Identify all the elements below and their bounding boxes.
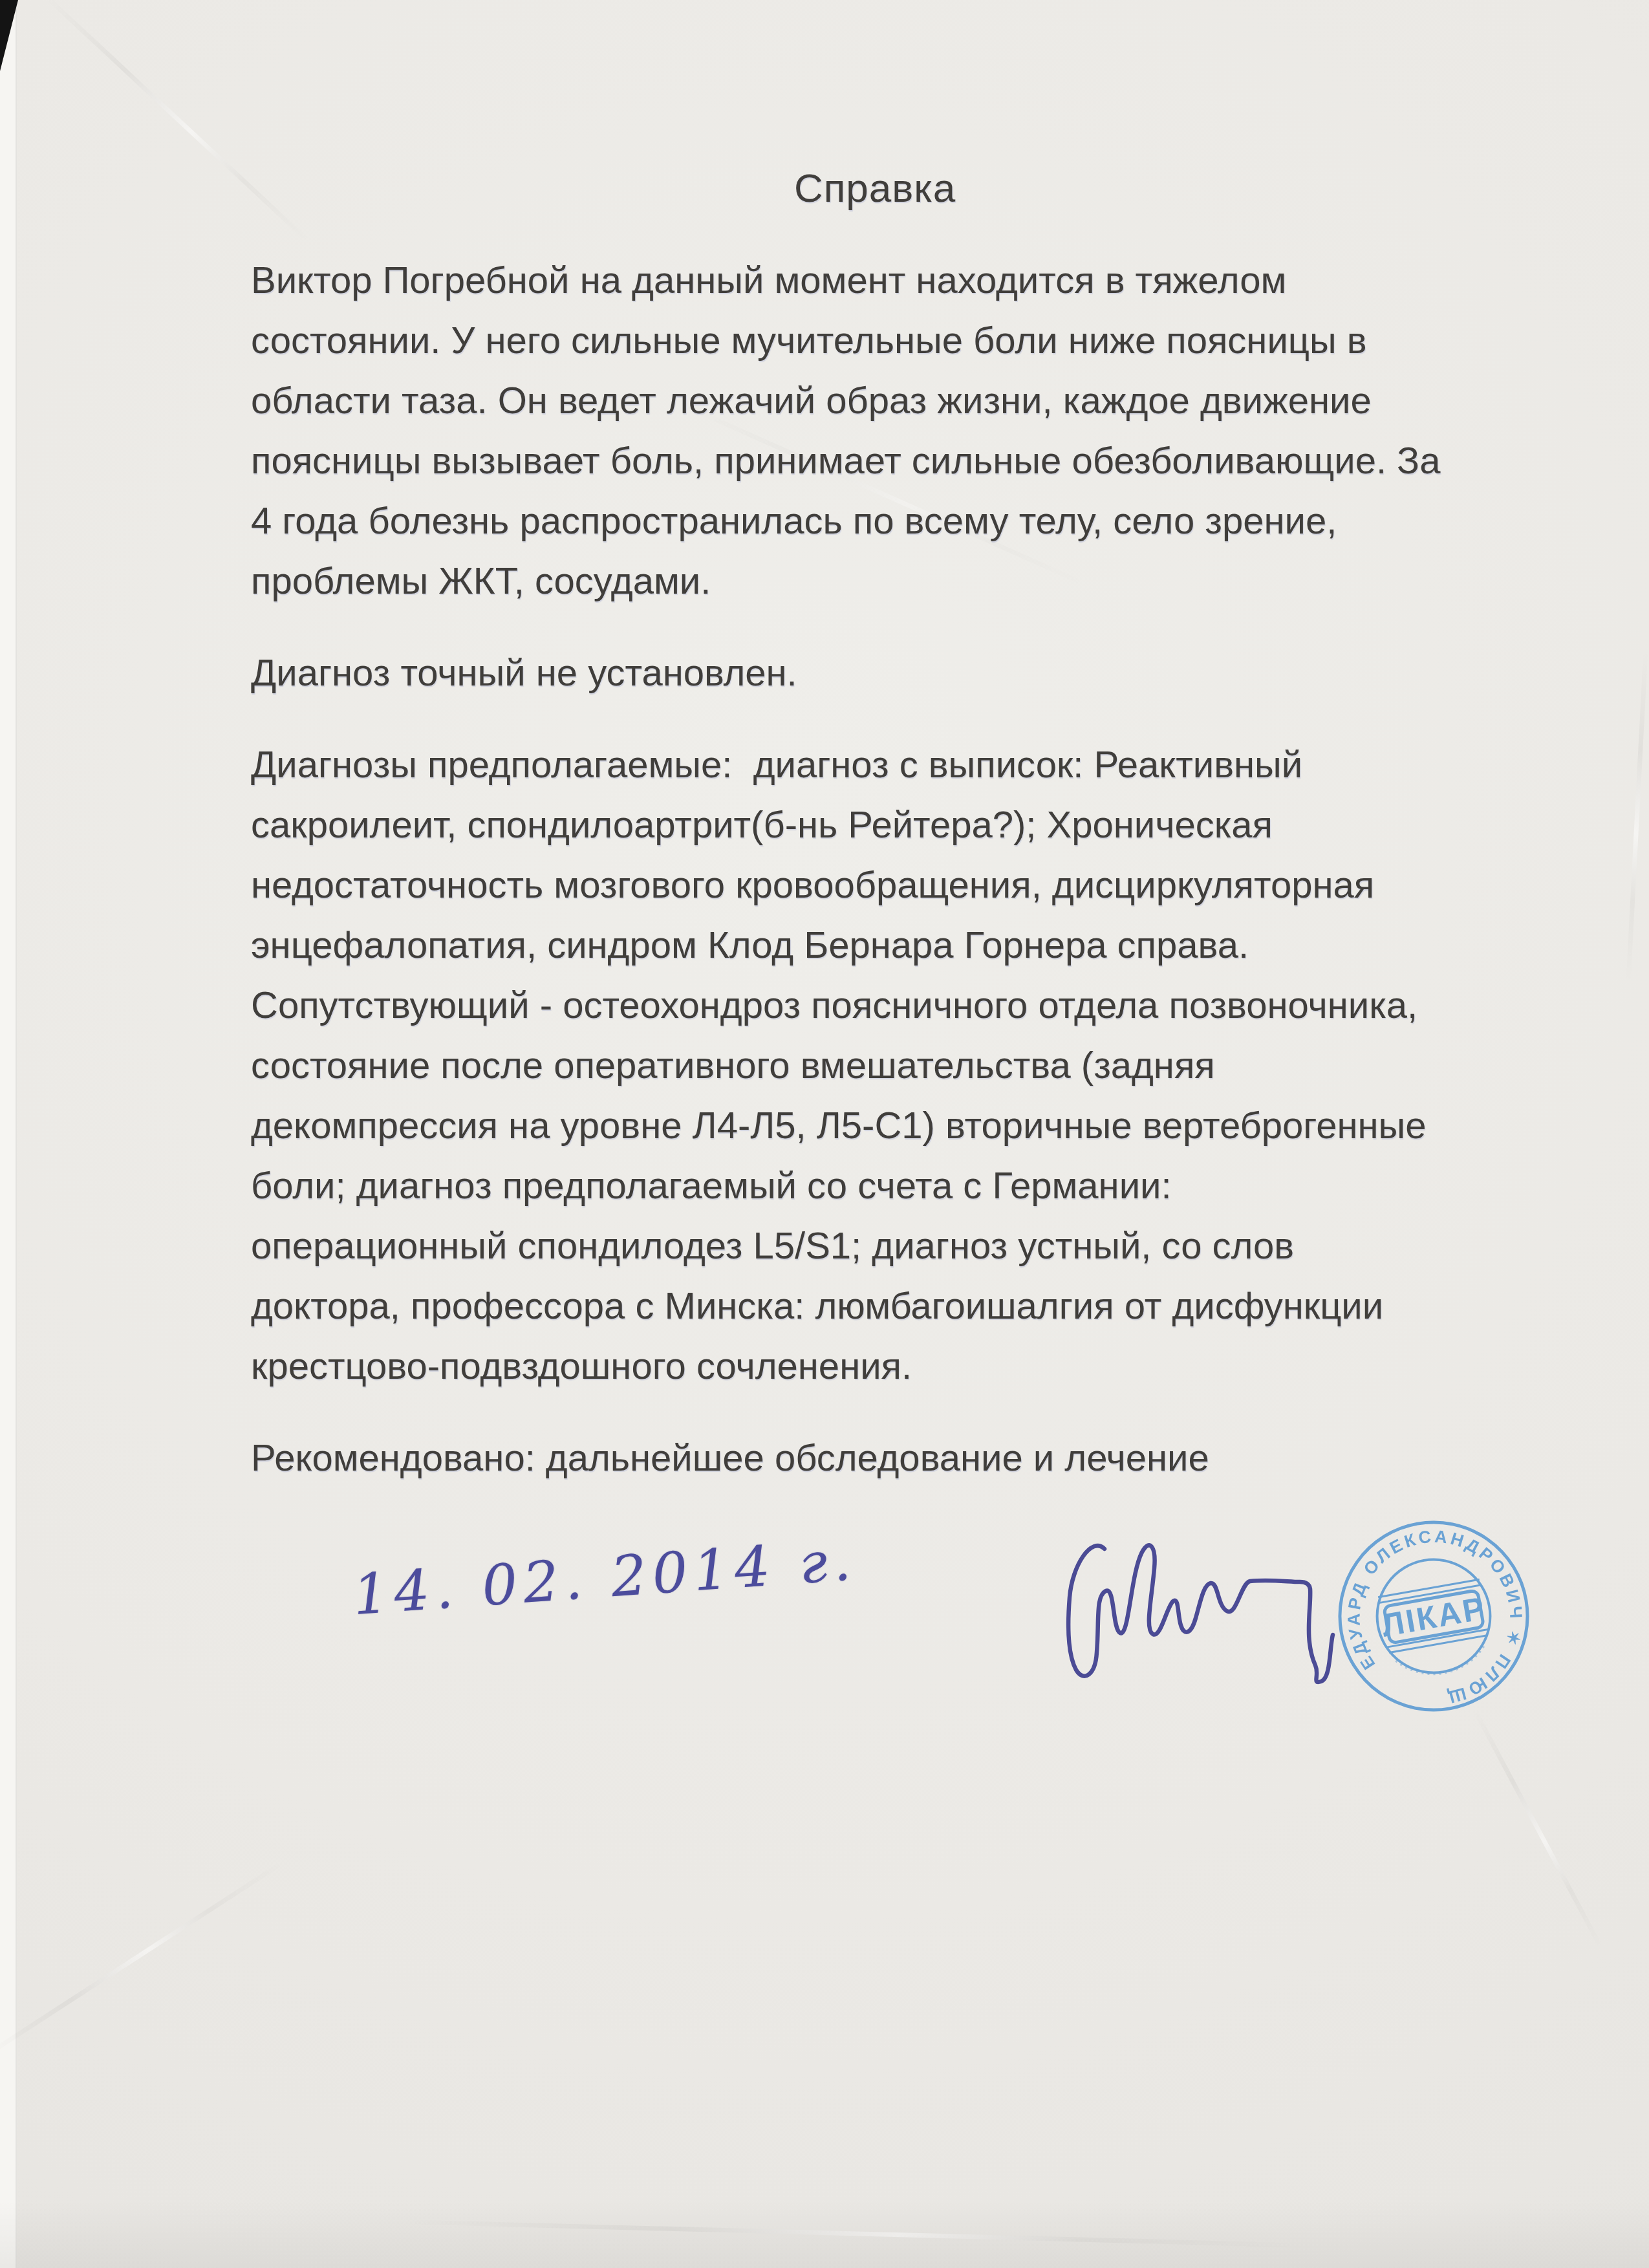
- text-line: крестцово-подвздошного сочленения.: [251, 1336, 1499, 1396]
- text-line: поясницы вызывает боль, принимает сильны…: [251, 431, 1499, 491]
- text-line: 4 года болезнь распространилась по всему…: [251, 491, 1499, 551]
- content-column: Справка Виктор Погребной на данный момен…: [251, 0, 1499, 1488]
- paragraph: Диагнозы предполагаемые: диагноз с выпис…: [251, 735, 1499, 1396]
- text-line: энцефалопатия, синдром Клод Бернара Горн…: [251, 915, 1499, 975]
- stamp-group: ЕДУАРД ОЛЕКСАНДРОВИЧ ✶ ПЛЮЩ ЛІКАР: [1325, 1507, 1542, 1725]
- paragraphs: Виктор Погребной на данный момент находи…: [251, 250, 1499, 1488]
- paragraph: Рекомендовано: дальнейшее обследование и…: [251, 1428, 1499, 1488]
- paragraph: Диагноз точный не установлен.: [251, 643, 1499, 703]
- signature-stroke: [1068, 1545, 1333, 1682]
- text-line: доктора, профессора с Минска: люмбагоиша…: [251, 1276, 1499, 1336]
- text-line: Диагноз точный не установлен.: [251, 643, 1499, 703]
- text-line: операционный спондилодез L5/S1; диагноз …: [251, 1216, 1499, 1276]
- text-line: боли; диагноз предполагаемый со счета с …: [251, 1156, 1499, 1216]
- paper-crease: [0, 1860, 286, 2061]
- text-line: состоянии. У него сильные мучительные бо…: [251, 310, 1499, 371]
- text-line: области таза. Он ведет лежачий образ жиз…: [251, 371, 1499, 431]
- paper-crease: [401, 2219, 1306, 2248]
- text-line: проблемы ЖКТ, сосудами.: [251, 551, 1499, 611]
- text-line: сакроилеит, спондилоартрит(б-нь Рейтера?…: [251, 795, 1499, 855]
- scanner-edge-strip: [0, 0, 17, 2268]
- paper-crease: [1472, 1709, 1604, 1950]
- doctor-stamp: ЕДУАРД ОЛЕКСАНДРОВИЧ ✶ ПЛЮЩ ЛІКАР: [1322, 1504, 1545, 1727]
- page-title: Справка: [251, 158, 1499, 219]
- handwritten-date: 14. 02. 2014 г.: [350, 1528, 858, 1628]
- paper-crease: [1626, 649, 1648, 985]
- text-line: декомпрессия на уровне Л4-Л5, Л5-С1) вто…: [251, 1096, 1499, 1156]
- text-line: Сопутствующий - остеохондроз поясничного…: [251, 975, 1499, 1035]
- text-line: Виктор Погребной на данный момент находи…: [251, 250, 1499, 310]
- stamp-fine-print-arc: [1396, 1645, 1488, 1681]
- text-line: состояние после оперативного вмешательст…: [251, 1035, 1499, 1096]
- text-line: недостаточность мозгового кровообращения…: [251, 855, 1499, 915]
- text-line: Рекомендовано: дальнейшее обследование и…: [251, 1428, 1499, 1488]
- text-line: Диагнозы предполагаемые: диагноз с выпис…: [251, 735, 1499, 795]
- paragraph: Виктор Погребной на данный момент находи…: [251, 250, 1499, 611]
- page: Справка Виктор Погребной на данный момен…: [0, 0, 1649, 2268]
